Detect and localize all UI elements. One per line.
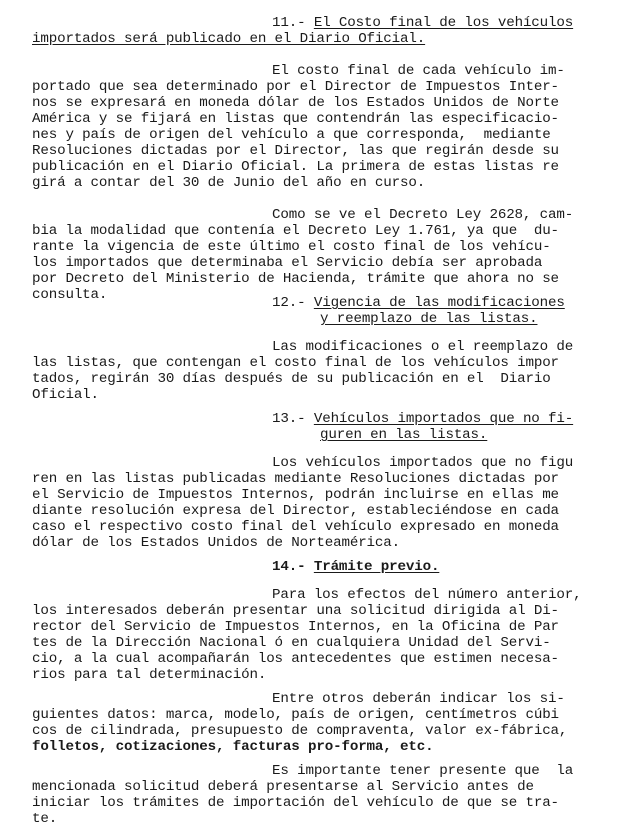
paragraph-line: cio, a la cual acompañarán los anteceden… (32, 651, 559, 667)
section-number: 12.- (272, 295, 305, 311)
section-title: Vehículos importados que no fi- (314, 411, 573, 427)
paragraph-line: por Decreto del Ministerio de Hacienda, … (32, 271, 559, 287)
paragraph-line: tados, regirán 30 días después de su pub… (32, 371, 551, 387)
paragraph-line: guientes datos: marca, modelo, país de o… (32, 707, 559, 723)
paragraph-line: girá a contar del 30 de Junio del año en… (32, 175, 425, 191)
paragraph-line: mencionada solicitud deberá presentarse … (32, 779, 534, 795)
section-title: El Costo final de los vehículos (314, 15, 573, 31)
scanned-document-page: 11.- El Costo final de los vehículos imp… (0, 0, 630, 833)
paragraph-line: bia la modalidad que contenía el Decreto… (32, 223, 559, 239)
paragraph-line: El costo final de cada vehículo im- (272, 63, 565, 79)
section-13-heading-cont: guren en las listas. (320, 427, 487, 443)
section-number: 11.- (272, 15, 305, 31)
section-title: Vigencia de las modificaciones (314, 295, 565, 311)
paragraph-line: tes de la Dirección Nacional ó en cualqu… (32, 635, 551, 651)
paragraph-line: nes y país de origen del vehículo a que … (32, 127, 551, 143)
paragraph-line: caso el respectivo costo final del vehíc… (32, 519, 559, 535)
section-14-heading: 14.- Trámite previo. (272, 559, 439, 575)
section-11-heading: 11.- El Costo final de los vehículos (272, 15, 573, 31)
section-11-heading-cont: importados será publicado en el Diario O… (32, 31, 425, 47)
paragraph-line: portado que sea determinado por el Direc… (32, 79, 559, 95)
paragraph-line: consulta. (32, 287, 107, 303)
paragraph-line: Es importante tener presente que la (272, 763, 573, 779)
paragraph-line: folletos, cotizaciones, facturas pro-for… (32, 739, 433, 755)
paragraph-line: las listas, que contengan el costo final… (32, 355, 559, 371)
paragraph-line: Las modificaciones o el reemplazo de (272, 339, 573, 355)
section-12-heading: 12.- Vigencia de las modificaciones (272, 295, 565, 311)
paragraph-line: Para los efectos del número anterior, (272, 587, 581, 603)
paragraph-line: rante la vigencia de este último el cost… (32, 239, 551, 255)
paragraph-line: los interesados deberán presentar una so… (32, 603, 559, 619)
paragraph-line: iniciar los trámites de importación del … (32, 795, 559, 811)
paragraph-line: cos de cilindrada, presupuesto de compra… (32, 723, 567, 739)
paragraph-line: América y se fijará en listas que conten… (32, 111, 559, 127)
section-title: Trámite previo. (314, 559, 439, 575)
paragraph-line: te. (32, 811, 57, 827)
paragraph-line: publicación en el Diario Oficial. La pri… (32, 159, 559, 175)
paragraph-line: Como se ve el Decreto Ley 2628, cam- (272, 207, 573, 223)
section-number: 13.- (272, 411, 305, 427)
paragraph-line: Los vehículos importados que no figu (272, 455, 573, 471)
paragraph-line: Entre otros deberán indicar los si- (272, 691, 565, 707)
paragraph-line: ren en las listas publicadas mediante Re… (32, 471, 559, 487)
paragraph-line: los importados que determinaba el Servic… (32, 255, 542, 271)
paragraph-line: diante resolución expresa del Director, … (32, 503, 559, 519)
paragraph-line: rector del Servicio de Impuestos Interno… (32, 619, 559, 635)
paragraph-line: Resoluciones dictadas por el Director, l… (32, 143, 559, 159)
paragraph-line: dólar de los Estados Unidos de Norteamér… (32, 535, 400, 551)
paragraph-line: el Servicio de Impuestos Internos, podrá… (32, 487, 559, 503)
section-12-heading-cont: y reemplazo de las listas. (320, 311, 537, 327)
paragraph-line: rios para tal determinación. (32, 667, 266, 683)
section-13-heading: 13.- Vehículos importados que no fi- (272, 411, 573, 427)
paragraph-line: Oficial. (32, 387, 99, 403)
section-number: 14.- (272, 559, 305, 575)
paragraph-line: nos se expresará en moneda dólar de los … (32, 95, 559, 111)
